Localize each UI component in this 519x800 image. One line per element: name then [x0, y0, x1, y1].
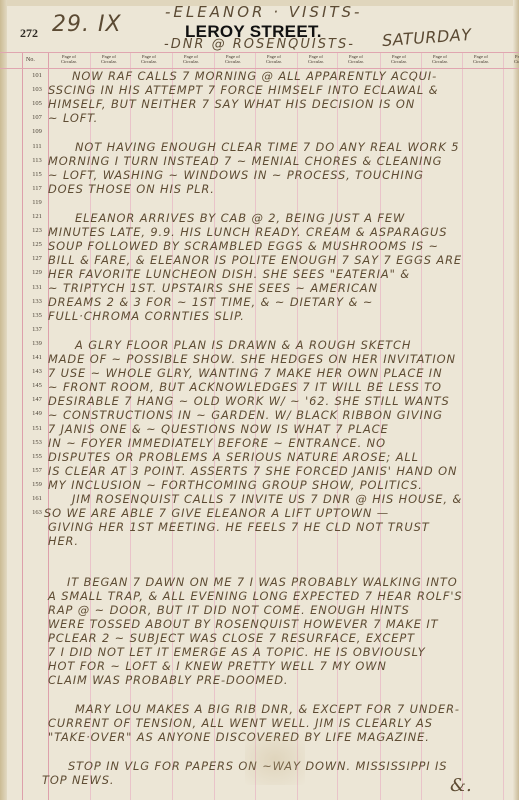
handwritten-line: MY INCLUSION ~ FORTHCOMING GROUP SHOW, P… [48, 478, 423, 492]
signature-mark: &. [450, 775, 472, 796]
row-number: 133 [27, 298, 47, 305]
handwritten-line: SO WE ARE ABLE 7 GIVE ELEANOR A LIFT UPT… [44, 506, 389, 520]
page-of-circular-header: Page of Circular. [261, 54, 287, 64]
handwritten-line: HER. [48, 534, 79, 548]
handwritten-line: 7 JANIS ONE & ~ QUESTIONS NOW IS WHAT 7 … [48, 422, 389, 436]
paper-stain [245, 735, 305, 785]
row-number: 127 [27, 255, 47, 262]
handwritten-line: ~ LOFT, WASHING ~ WINDOWS IN ~ PROCESS, … [48, 168, 424, 182]
page-right-edge [513, 0, 519, 800]
handwritten-line: NOW RAF CALLS 7 MORNING @ ALL APPARENTLY… [72, 69, 437, 83]
column-rule [462, 52, 463, 800]
row-number: 113 [27, 157, 47, 164]
handwritten-line: TOP NEWS. [42, 773, 114, 787]
row-number: 129 [27, 269, 47, 276]
page-of-circular-header: Page of Circular. [96, 54, 122, 64]
page-of-circular-header: Page of Circular. [220, 54, 246, 64]
page-of-circular-header: Page of Circular. [386, 54, 412, 64]
row-number: 151 [27, 425, 47, 432]
handwritten-line: WERE TOSSED ABOUT BY ROSENQUIST HOWEVER … [48, 617, 438, 631]
handwritten-line: CLAIM WAS PROBABLY PRE-DOOMED. [48, 673, 288, 687]
handwritten-line: HOT FOR ~ LOFT & I KNEW PRETTY WELL 7 MY… [48, 659, 387, 673]
row-number: 115 [27, 171, 47, 178]
handwritten-line: ~ CONSTRUCTIONS IN ~ GARDEN. W/ BLACK RI… [48, 408, 443, 422]
row-number: 141 [27, 354, 47, 361]
handwritten-line: RAP @ ~ DOOR, BUT IT DID NOT COME. ENOUG… [48, 603, 410, 617]
row-number: 119 [27, 199, 47, 206]
handwritten-line: FULL·CHROMA CORNTIES SLIP. [48, 309, 245, 323]
row-number: 131 [27, 284, 47, 291]
row-number: 117 [27, 185, 47, 192]
handwritten-line: DESIRABLE 7 HANG ~ OLD WORK W/ ~ '62. SH… [48, 394, 450, 408]
handwritten-line: A SMALL TRAP, & ALL EVENING LONG EXPECTE… [48, 589, 463, 603]
handwritten-line: MADE OF ~ POSSIBLE SHOW. SHE HEDGES ON H… [48, 352, 456, 366]
row-number: 157 [27, 467, 47, 474]
binding-edge [0, 0, 7, 800]
handwritten-day: SATURDAY [381, 25, 472, 50]
handwritten-line: SOUP FOLLOWED BY SCRAMBLED EGGS & MUSHRO… [48, 239, 439, 253]
column-header-row: No. Page of Circular.Page of Circular.Pa… [0, 52, 519, 69]
column-rule [503, 52, 504, 800]
row-number: 111 [27, 143, 47, 150]
row-number: 153 [27, 439, 47, 446]
handwritten-line: IS CLEAR AT 3 POINT. ASSERTS 7 SHE FORCE… [48, 464, 457, 478]
handwritten-line: DISPUTES OR PROBLEMS A SERIOUS NATURE AR… [48, 450, 419, 464]
handwritten-line: ELEANOR ARRIVES BY CAB @ 2, BEING JUST A… [75, 211, 405, 225]
handwritten-line: ~ FRONT ROOM, BUT ACKNOWLEDGES 7 IT WILL… [48, 380, 442, 394]
handwritten-line: JIM ROSENQUIST CALLS 7 INVITE US 7 DNR @… [72, 492, 462, 506]
handwritten-title: -ELEANOR · VISITS- [165, 3, 362, 21]
row-number: 125 [27, 241, 47, 248]
page-of-circular-header: Page of Circular. [136, 54, 162, 64]
row-number: 135 [27, 312, 47, 319]
handwritten-line: NOT HAVING ENOUGH CLEAR TIME 7 DO ANY RE… [75, 140, 459, 154]
handwritten-subtitle: -DNR @ ROSENQUISTS- [164, 37, 355, 52]
handwritten-line: IT BEGAN 7 DAWN ON ME 7 I WAS PROBABLY W… [67, 575, 458, 589]
handwritten-line: SSCING IN HIS ATTEMPT 7 FORCE HIMSELF IN… [48, 83, 438, 97]
row-number: 155 [27, 453, 47, 460]
page-of-circular-header: Page of Circular. [56, 54, 82, 64]
handwritten-line: PCLEAR 2 ~ SUBJECT WAS CLOSE 7 RESURFACE… [48, 631, 415, 645]
page-of-circular-header: Page of Circular. [427, 54, 453, 64]
handwritten-line: MARY LOU MAKES A BIG RIB DNR, & EXCEPT F… [75, 702, 460, 716]
handwritten-line: MORNING I TURN INSTEAD 7 ~ MENIAL CHORES… [48, 154, 442, 168]
page-of-circular-header: Page of Circular. [343, 54, 369, 64]
row-number: 105 [27, 100, 47, 107]
page-of-circular-header: Page of Circular. [178, 54, 204, 64]
row-number: 109 [27, 128, 47, 135]
row-number: 143 [27, 368, 47, 375]
handwritten-line: DREAMS 2 & 3 FOR ~ 1ST TIME, & ~ DIETARY… [48, 295, 373, 309]
handwritten-line: DOES THOSE ON HIS PLR. [48, 182, 215, 196]
margin-rule [22, 52, 23, 800]
page-number: 272 [20, 26, 38, 41]
row-number: 107 [27, 114, 47, 121]
row-number: 137 [27, 326, 47, 333]
row-number: 103 [27, 86, 47, 93]
handwritten-line: IN ~ FOYER IMMEDIATELY BEFORE ~ ENTRANCE… [48, 436, 386, 450]
handwritten-line: 7 I DID NOT LET IT EMERGE AS A TOPIC. HE… [48, 645, 426, 659]
handwritten-line: GIVING HER 1ST MEETING. HE FEELS 7 HE CL… [48, 520, 430, 534]
handwritten-line: 7 USE ~ WHOLE GLRY, WANTING 7 MAKE HER O… [48, 366, 443, 380]
row-number: 139 [27, 340, 47, 347]
handwritten-line: A GLRY FLOOR PLAN IS DRAWN & A ROUGH SKE… [75, 338, 411, 352]
page-of-circular-header: Page of Circular. [509, 54, 519, 64]
page-of-circular-header: Page of Circular. [468, 54, 494, 64]
handwritten-date: 29. IX [52, 12, 122, 37]
handwritten-line: MINUTES LATE, 9.9. HIS LUNCH READY. CREA… [48, 225, 447, 239]
row-number: 161 [27, 495, 47, 502]
handwritten-line: ~ TRIPTYCH 1ST. UPSTAIRS SHE SEES ~ AMER… [48, 281, 378, 295]
handwritten-line: BILL & FARE, & ELEANOR IS POLITE ENOUGH … [48, 253, 462, 267]
handwritten-line: "TAKE·OVER" AS ANYONE DISCOVERED BY LIFE… [48, 730, 430, 744]
handwritten-line: HIMSELF, BUT NEITHER 7 SAY WHAT HIS DECI… [48, 97, 415, 111]
row-number: 149 [27, 410, 47, 417]
no-column-header: No. [26, 57, 35, 63]
page-of-circular-header: Page of Circular. [303, 54, 329, 64]
row-number: 159 [27, 481, 47, 488]
row-number: 123 [27, 227, 47, 234]
handwritten-line: ~ LOFT. [48, 111, 98, 125]
handwritten-line: HER FAVORITE LUNCHEON DISH. SHE SEES "EA… [48, 267, 410, 281]
row-number: 121 [27, 213, 47, 220]
ledger-page: 272 LEROY STREET. 29. IX -ELEANOR · VISI… [0, 0, 519, 800]
row-number: 145 [27, 382, 47, 389]
row-number: 147 [27, 396, 47, 403]
handwritten-line: CURRENT OF TENSION, ALL WENT WELL. JIM I… [48, 716, 433, 730]
row-number: 101 [27, 72, 47, 79]
